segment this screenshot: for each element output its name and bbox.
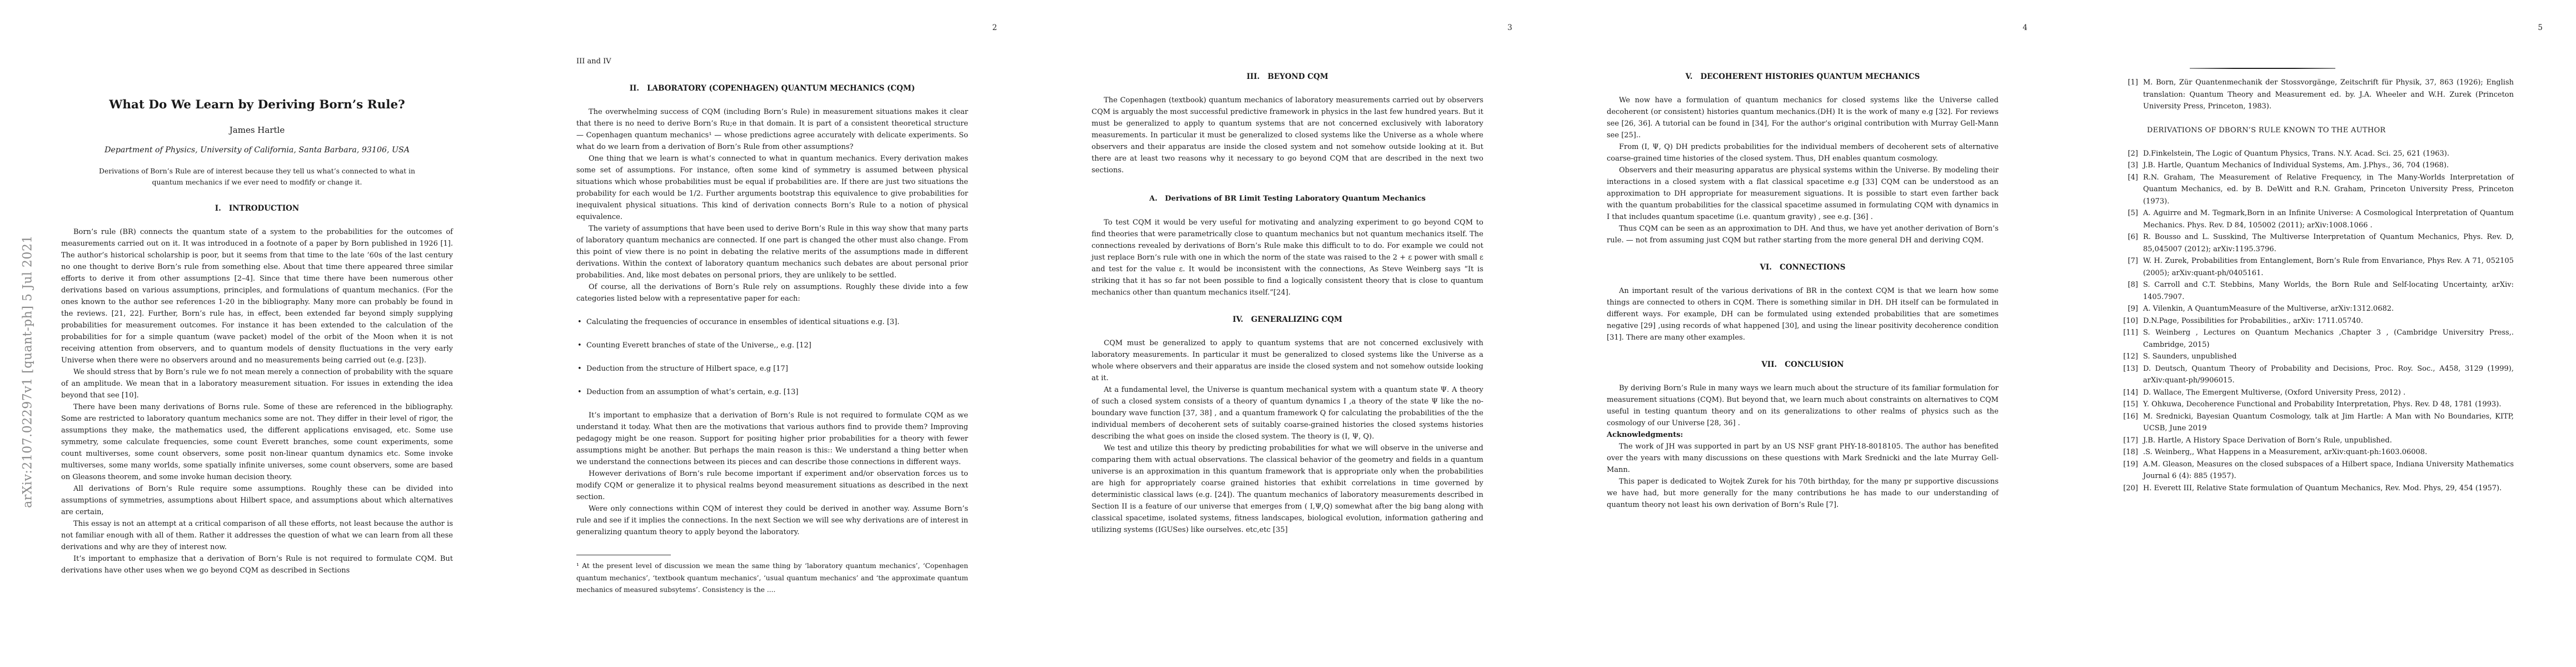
reference-item: [6]R. Bousso and L. Susskind, The Multiv… bbox=[2122, 231, 2514, 255]
footnote-text: ¹ At the present level of discussion we … bbox=[576, 560, 968, 596]
reference-item: [4]R.N. Graham, The Measurement of Relat… bbox=[2122, 172, 2514, 208]
paragraph: It’s important to emphasize that a deriv… bbox=[61, 553, 453, 576]
paragraph: To test CQM it would be very useful for … bbox=[1092, 217, 1483, 298]
reference-number: [3] bbox=[2122, 160, 2143, 172]
reference-text: A. Aguirre and M. Tegmark,Born in an Inf… bbox=[2143, 207, 2514, 231]
paragraph: The variety of assumptions that have bee… bbox=[576, 223, 968, 281]
reference-item: [20]H. Everett III, Relative State formu… bbox=[2122, 482, 2514, 495]
reference-number: [13] bbox=[2122, 363, 2143, 387]
reference-text: A.M. Gleason, Measures on the closed sub… bbox=[2143, 459, 2514, 482]
reference-number: [10] bbox=[2122, 315, 2143, 327]
reference-item: [9]A. Vilenkin, A QuantumMeasure of the … bbox=[2122, 303, 2514, 315]
section-heading-conclusion: VII. CONCLUSION bbox=[1607, 359, 1999, 371]
bullet-item: Counting Everett branches of state of th… bbox=[576, 340, 968, 351]
bullet-item: Deduction from the structure of Hilbert … bbox=[576, 363, 968, 375]
reference-text: D.N.Page, Possibilities for Probabilitie… bbox=[2143, 315, 2514, 327]
subsection-heading-derivations: A. Derivations of BR Limit Testing Labor… bbox=[1092, 193, 1483, 205]
reference-text: J.B. Hartle, Quantum Mechanics of Indivi… bbox=[2143, 160, 2514, 172]
paragraph: From (I, Ψ, Q) DH predicts probabilities… bbox=[1607, 141, 1999, 165]
reference-text: W. H. Zurek, Probabilities from Entangle… bbox=[2143, 255, 2514, 279]
bibliography-rule bbox=[2190, 68, 2335, 69]
paragraph: This paper is dedicated to Wojtek Zurek … bbox=[1607, 476, 1999, 511]
reference-text: H. Everett III, Relative State formulati… bbox=[2143, 482, 2514, 495]
reference-number: [17] bbox=[2122, 435, 2143, 447]
bullet-item: Calculating the frequencies of occurance… bbox=[576, 316, 968, 328]
paragraph: There have been many derivations of Born… bbox=[61, 401, 453, 483]
reference-number: [11] bbox=[2122, 327, 2143, 351]
reference-text: R. Bousso and L. Susskind, The Multivers… bbox=[2143, 231, 2514, 255]
reference-number: [12] bbox=[2122, 351, 2143, 363]
section-heading-beyond-cqm: III. BEYOND CQM bbox=[1092, 71, 1483, 83]
document-canvas: arXiv:2107.02297v1 [quant-ph] 5 Jul 2021… bbox=[0, 0, 2576, 667]
reference-item: [19]A.M. Gleason, Measures on the closed… bbox=[2122, 459, 2514, 482]
reference-text: J.B. Hartle, A History Space Derivation … bbox=[2143, 435, 2514, 447]
page-number: 3 bbox=[1507, 23, 1512, 32]
paragraph: Born’s rule (BR) connects the quantum st… bbox=[61, 226, 453, 366]
reference-number: [20] bbox=[2122, 482, 2143, 495]
paragraph: Of course, all the derivations of Born’s… bbox=[576, 281, 968, 305]
paragraph: An important result of the various deriv… bbox=[1607, 285, 1999, 344]
paragraph: CQM must be generalized to apply to quan… bbox=[1092, 337, 1483, 384]
reference-item: [3]J.B. Hartle, Quantum Mechanics of Ind… bbox=[2122, 160, 2514, 172]
paragraph: One thing that we learn is what’s connec… bbox=[576, 153, 968, 223]
reference-text: S. Carroll and C.T. Stebbins, Many World… bbox=[2143, 279, 2514, 303]
reference-item: [8]S. Carroll and C.T. Stebbins, Many Wo… bbox=[2122, 279, 2514, 303]
section-heading-cqm: II. LABORATORY (COPENHAGEN) QUANTUM MECH… bbox=[576, 83, 968, 94]
paragraph: The overwhelming success of CQM (includi… bbox=[576, 106, 968, 153]
page-number: 2 bbox=[992, 23, 997, 32]
page-3: 3 III. BEYOND CQMThe Copenhagen (textboo… bbox=[1030, 0, 1546, 667]
page-1: What Do We Learn by Deriving Born’s Rule… bbox=[0, 0, 515, 667]
reference-item: [7]W. H. Zurek, Probabilities from Entan… bbox=[2122, 255, 2514, 279]
section-heading-generalizing-cqm: IV. GENERALIZING CQM bbox=[1092, 314, 1483, 326]
reference-text: A. Vilenkin, A QuantumMeasure of the Mul… bbox=[2143, 303, 2514, 315]
reference-number: [7] bbox=[2122, 255, 2143, 279]
paragraph: We should stress that by Born’s rule we … bbox=[61, 366, 453, 401]
reference-text: Y. Ohkuwa, Decoherence Functional and Pr… bbox=[2143, 399, 2514, 411]
acknowledgments-heading: Acknowledgments: bbox=[1607, 429, 1999, 441]
reference-number: [15] bbox=[2122, 399, 2143, 411]
reference-text: D.Finkelstein, The Logic of Quantum Phys… bbox=[2143, 148, 2514, 160]
reference-text: S. Saunders, unpublished bbox=[2143, 351, 2514, 363]
paragraph: All derivations of Born’s Rule require s… bbox=[61, 483, 453, 518]
paragraph: At a fundamental level, the Universe is … bbox=[1092, 384, 1483, 442]
paragraph-continuation: III and IV bbox=[576, 56, 968, 67]
reference-text: M. Srednicki, Bayesian Quantum Cosmology… bbox=[2143, 411, 2514, 435]
abstract-text: Derivations of Born’s Rule are of intere… bbox=[91, 166, 424, 187]
reference-number: [8] bbox=[2122, 279, 2143, 303]
reference-item: [17]J.B. Hartle, A History Space Derivat… bbox=[2122, 435, 2514, 447]
reference-number: [18] bbox=[2122, 446, 2143, 459]
reference-text: D. Deutsch, Quantum Theory of Probabilit… bbox=[2143, 363, 2514, 387]
paper-title: What Do We Learn by Deriving Born’s Rule… bbox=[61, 98, 453, 112]
paragraph: It’s important to emphasize that a deriv… bbox=[576, 410, 968, 468]
paragraph: However derivations of Born’s rule becom… bbox=[576, 468, 968, 503]
paragraph: We now have a formulation of quantum mec… bbox=[1607, 94, 1999, 141]
reference-number: [9] bbox=[2122, 303, 2143, 315]
reference-number: [2] bbox=[2122, 148, 2143, 160]
page-2: 2 III and IVII. LABORATORY (COPENHAGEN) … bbox=[515, 0, 1030, 667]
paragraph: Observers and their measuring apparatus … bbox=[1607, 165, 1999, 223]
reference-number: [5] bbox=[2122, 207, 2143, 231]
section-heading-decoherent-histories: V. DECOHERENT HISTORIES QUANTUM MECHANIC… bbox=[1607, 71, 1999, 83]
reference-number: [14] bbox=[2122, 387, 2143, 399]
reference-item: [16]M. Srednicki, Bayesian Quantum Cosmo… bbox=[2122, 411, 2514, 435]
page-number: 4 bbox=[2022, 23, 2027, 32]
bibliography-subheading: DERIVATIONS OF DBORN’S RULE KNOWN TO THE… bbox=[2147, 125, 2514, 136]
reference-item: [18].S. Weinberg,, What Happens in a Mea… bbox=[2122, 446, 2514, 459]
reference-number: [16] bbox=[2122, 411, 2143, 435]
reference-number: [6] bbox=[2122, 231, 2143, 255]
reference-text: D. Wallace, The Emergent Multiverse, (Ox… bbox=[2143, 387, 2514, 399]
reference-text: .S. Weinberg,, What Happens in a Measure… bbox=[2143, 446, 2514, 459]
section-heading-introduction: I. INTRODUCTION bbox=[61, 203, 453, 215]
bullet-item: Deduction from an assumption of what’s c… bbox=[576, 386, 968, 398]
reference-item: [11]S. Weinberg , Lectures on Quantum Me… bbox=[2122, 327, 2514, 351]
page-5: 5 [1]M. Born, Zür Quantenmechanik der St… bbox=[2061, 0, 2576, 667]
author-affiliation: Department of Physics, University of Cal… bbox=[61, 145, 453, 156]
footnote-rule bbox=[576, 555, 671, 555]
section-heading-connections: VI. CONNECTIONS bbox=[1607, 262, 1999, 273]
reference-number: [4] bbox=[2122, 172, 2143, 208]
arxiv-stamp: arXiv:2107.02297v1 [quant-ph] 5 Jul 2021 bbox=[21, 171, 35, 573]
reference-number: [1] bbox=[2122, 77, 2143, 113]
reference-item: [13]D. Deutsch, Quantum Theory of Probab… bbox=[2122, 363, 2514, 387]
paragraph: Thus CQM can be seen as an approximation… bbox=[1607, 223, 1999, 246]
reference-text: S. Weinberg , Lectures on Quantum Mechan… bbox=[2143, 327, 2514, 351]
reference-item: [12]S. Saunders, unpublished bbox=[2122, 351, 2514, 363]
paragraph: This essay is not an attempt at a critic… bbox=[61, 518, 453, 553]
page-4: 4 V. DECOHERENT HISTORIES QUANTUM MECHAN… bbox=[1546, 0, 2061, 667]
reference-item: [15]Y. Ohkuwa, Decoherence Functional an… bbox=[2122, 399, 2514, 411]
paragraph: By deriving Born’s Rule in many ways we … bbox=[1607, 382, 1999, 429]
reference-item: [1]M. Born, Zür Quantenmechanik der Stos… bbox=[2122, 77, 2514, 113]
reference-item: [2]D.Finkelstein, The Logic of Quantum P… bbox=[2122, 148, 2514, 160]
reference-item: [10]D.N.Page, Possibilities for Probabil… bbox=[2122, 315, 2514, 327]
page-number: 5 bbox=[2538, 23, 2543, 32]
reference-text: R.N. Graham, The Measurement of Relative… bbox=[2143, 172, 2514, 208]
paragraph: The Copenhagen (textbook) quantum mechan… bbox=[1092, 94, 1483, 176]
paragraph: The work of JH was supported in part by … bbox=[1607, 441, 1999, 476]
reference-item: [5]A. Aguirre and M. Tegmark,Born in an … bbox=[2122, 207, 2514, 231]
reference-text: M. Born, Zür Quantenmechanik der Stossvo… bbox=[2143, 77, 2514, 113]
paragraph: Were only connections within CQM of inte… bbox=[576, 503, 968, 538]
reference-number: [19] bbox=[2122, 459, 2143, 482]
author-name: James Hartle bbox=[61, 125, 453, 136]
reference-item: [14]D. Wallace, The Emergent Multiverse,… bbox=[2122, 387, 2514, 399]
paragraph: We test and utilize this theory by predi… bbox=[1092, 442, 1483, 536]
